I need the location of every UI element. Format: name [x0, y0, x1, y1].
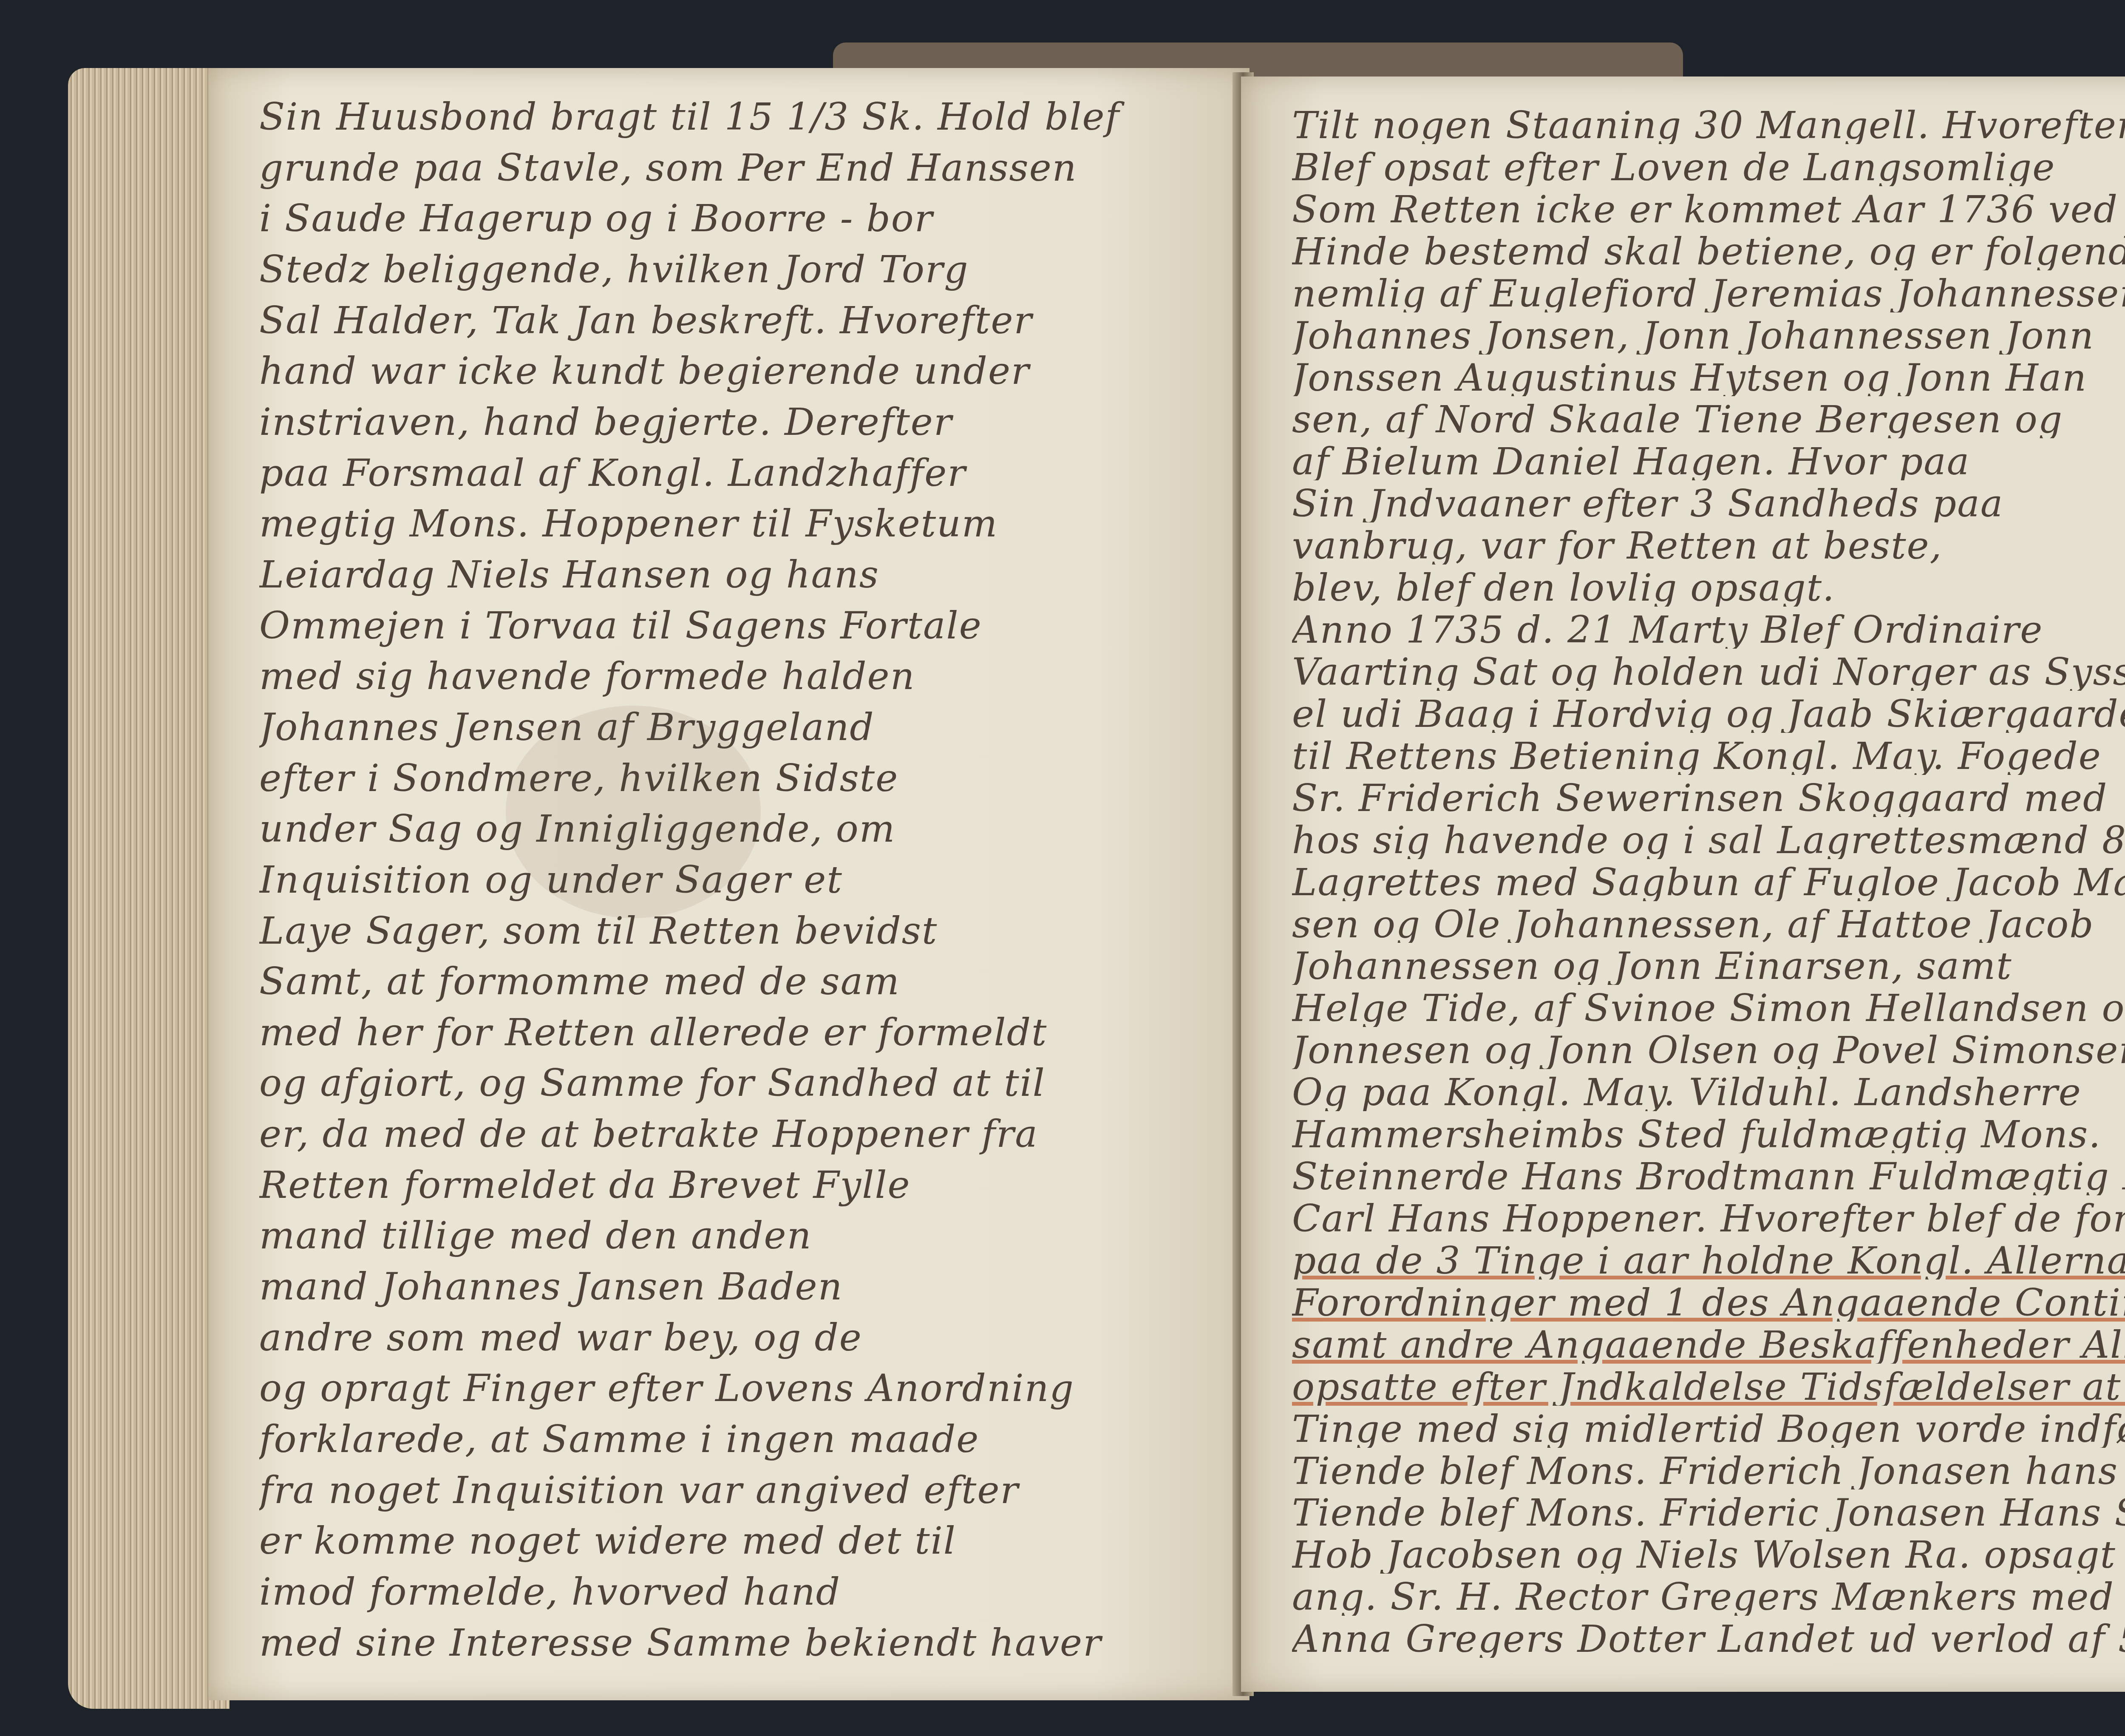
handwritten-line: sen og Ole Johannessen, af Hattoe Jacob — [1292, 901, 2125, 943]
handwritten-line: er, da med de at betrakte Hoppener fra — [259, 1111, 1211, 1157]
handwritten-line: og opragt Finger efter Lovens Anordning — [259, 1365, 1211, 1412]
handwritten-line: vanbrug, var for Retten at beste, — [1292, 522, 2125, 564]
handwritten-line: Samt, at formomme med de sam — [259, 958, 1211, 1005]
handwritten-line: Inquisition og under Sager et — [259, 857, 1211, 903]
handwritten-line: til Rettens Betiening Kongl. May. Fogede — [1292, 733, 2125, 775]
handwritten-line: nemlig af Euglefiord Jeremias Johannesse… — [1292, 270, 2125, 312]
handwritten-line: Tiende blef Mons. Frideric Jonasen Hans … — [1292, 1489, 2125, 1532]
open-book: Sin Huusbond bragt til 15 1/3 Sk. Hold b… — [68, 60, 2125, 1717]
handwritten-line: Tinge med sig midlertid Bogen vorde indf… — [1292, 1406, 2125, 1448]
handwritten-line: andre som med war bey, og de — [259, 1314, 1211, 1361]
handwritten-line: Johannessen og Jonn Einarsen, samt — [1292, 943, 2125, 985]
handwritten-line: Vaarting Sat og holden udi Norger as Sys… — [1292, 649, 2125, 691]
handwritten-line: Jonssen Augustinus Hytsen og Jonn Han — [1292, 355, 2125, 397]
handwritten-line: i Saude Hagerup og i Boorre - bor — [259, 195, 1211, 242]
handwritten-line: efter i Sondmere, hvilken Sidste — [259, 755, 1211, 802]
handwritten-line: Og paa Kongl. May. Vilduhl. Landsherre — [1292, 1069, 2125, 1111]
handwritten-line: hand war icke kundt begierende under — [259, 348, 1211, 394]
handwritten-line: Blef opsat efter Loven de Langsomlige — [1292, 144, 2125, 186]
right-page: Tilt nogen Staaning 30 Mangell. Hvorefte… — [1241, 77, 2125, 1692]
handwritten-line: forklarede, at Samme i ingen maade — [259, 1416, 1211, 1463]
handwritten-line: Forordninger med 1 des Angaaende Continu… — [1292, 1279, 2125, 1322]
handwritten-line: Hammersheimbs Sted fuldmægtig Mons. — [1292, 1111, 2125, 1153]
handwritten-line: blev, blef den lovlig opsagt. — [1292, 564, 2125, 607]
handwritten-line: under Sag og Innigliggende, om — [259, 806, 1211, 852]
handwritten-line: instriaven, hand begjerte. Derefter — [259, 399, 1211, 445]
handwritten-line: Tiende blef Mons. Friderich Jonasen hans… — [1292, 1448, 2125, 1490]
handwritten-line: og afgiort, og Samme for Sandhed at til — [259, 1060, 1211, 1106]
handwritten-line: Hob Jacobsen og Niels Wolsen Ra. opsagt — [1292, 1532, 2125, 1574]
handwritten-line: imod formelde, hvorved hand — [259, 1569, 1211, 1615]
handwritten-line: el udi Baag i Hordvig og Jaab Skiærgaard… — [1292, 691, 2125, 733]
handwritten-line: Johannes Jonsen, Jonn Johannessen Jonn — [1292, 312, 2125, 355]
handwritten-line: med sig havende formede halden — [259, 653, 1211, 700]
handwritten-line: Som Retten icke er kommet Aar 1736 ved — [1292, 186, 2125, 228]
handwritten-line: Anno 1735 d. 21 Marty Blef Ordinaire — [1292, 607, 2125, 649]
handwritten-line: megtig Mons. Hoppener til Fysketum — [259, 500, 1211, 547]
handwritten-line: Anna Gregers Dotter Landet ud verlod af … — [1292, 1616, 2125, 1658]
left-page-text: Sin Huusbond bragt til 15 1/3 Sk. Hold b… — [259, 94, 1211, 1666]
handwritten-line: hos sig havende og i sal Lagrettesmænd 8… — [1292, 817, 2125, 859]
handwritten-line: med her for Retten allerede er formeldt — [259, 1009, 1211, 1056]
handwritten-line: Leiardag Niels Hansen og hans — [259, 551, 1211, 598]
left-page: Sin Huusbond bragt til 15 1/3 Sk. Hold b… — [208, 68, 1249, 1700]
handwritten-line: Stedz beliggende, hvilken Jord Torg — [259, 246, 1211, 293]
handwritten-line: grunde paa Stavle, som Per End Hanssen — [259, 145, 1211, 191]
handwritten-line: Sal Halder, Tak Jan beskreft. Hvorefter — [259, 297, 1211, 344]
handwritten-line: Laye Sager, som til Retten bevidst — [259, 908, 1211, 954]
handwritten-line: Jonnesen og Jonn Olsen og Povel Simonsen — [1292, 1027, 2125, 1069]
handwritten-line: ang. Sr. H. Rector Gregers Mænkers med B… — [1292, 1574, 2125, 1616]
handwritten-line: med sine Interesse Samme bekiendt haver — [259, 1620, 1211, 1666]
handwritten-line: paa Forsmaal af Kongl. Landzhaffer — [259, 450, 1211, 496]
handwritten-line: samt andre Angaaende Beskaffenheder Alle… — [1292, 1322, 2125, 1364]
handwritten-line: er komme noget widere med det til — [259, 1518, 1211, 1564]
handwritten-line: Helge Tide, af Svinoe Simon Hellandsen o… — [1292, 985, 2125, 1027]
handwritten-line: Hinde bestemd skal betiene, og er folgen… — [1292, 228, 2125, 270]
handwritten-line: Steinnerde Hans Brodtmann Fuldmægtig Mon… — [1292, 1153, 2125, 1195]
handwritten-line: Lagrettes med Sagbun af Fugloe Jacob Mat… — [1292, 859, 2125, 901]
handwritten-line: Retten formeldet da Brevet Fylle — [259, 1162, 1211, 1208]
handwritten-line: Tilt nogen Staaning 30 Mangell. Hvorefte… — [1292, 102, 2125, 144]
handwritten-line: opsatte efter Jndkaldelse Tidsfældelser … — [1292, 1364, 2125, 1406]
handwritten-line: Carl Hans Hoppener. Hvorefter blef de fo… — [1292, 1195, 2125, 1237]
handwritten-line: Ommejen i Torvaa til Sagens Fortale — [259, 602, 1211, 649]
handwritten-line: fra noget Inquisition var angived efter — [259, 1467, 1211, 1514]
handwritten-line: Johannes Jensen af Bryggeland — [259, 704, 1211, 751]
handwritten-line: Sr. Friderich Sewerinsen Skoggaard med — [1292, 775, 2125, 817]
handwritten-line: mand tillige med den anden — [259, 1212, 1211, 1259]
handwritten-line: Sin Huusbond bragt til 15 1/3 Sk. Hold b… — [259, 94, 1211, 140]
handwritten-line: af Bielum Daniel Hagen. Hvor paa — [1292, 438, 2125, 480]
handwritten-line: paa de 3 Tinge i aar holdne Kongl. Aller… — [1292, 1237, 2125, 1279]
handwritten-line: Sin Jndvaaner efter 3 Sandheds paa — [1292, 480, 2125, 522]
right-page-text: Tilt nogen Staaning 30 Mangell. Hvorefte… — [1292, 102, 2125, 1658]
handwritten-line: mand Johannes Jansen Baden — [259, 1263, 1211, 1310]
handwritten-line: sen, af Nord Skaale Tiene Bergesen og — [1292, 396, 2125, 438]
left-page-edges — [68, 68, 229, 1709]
